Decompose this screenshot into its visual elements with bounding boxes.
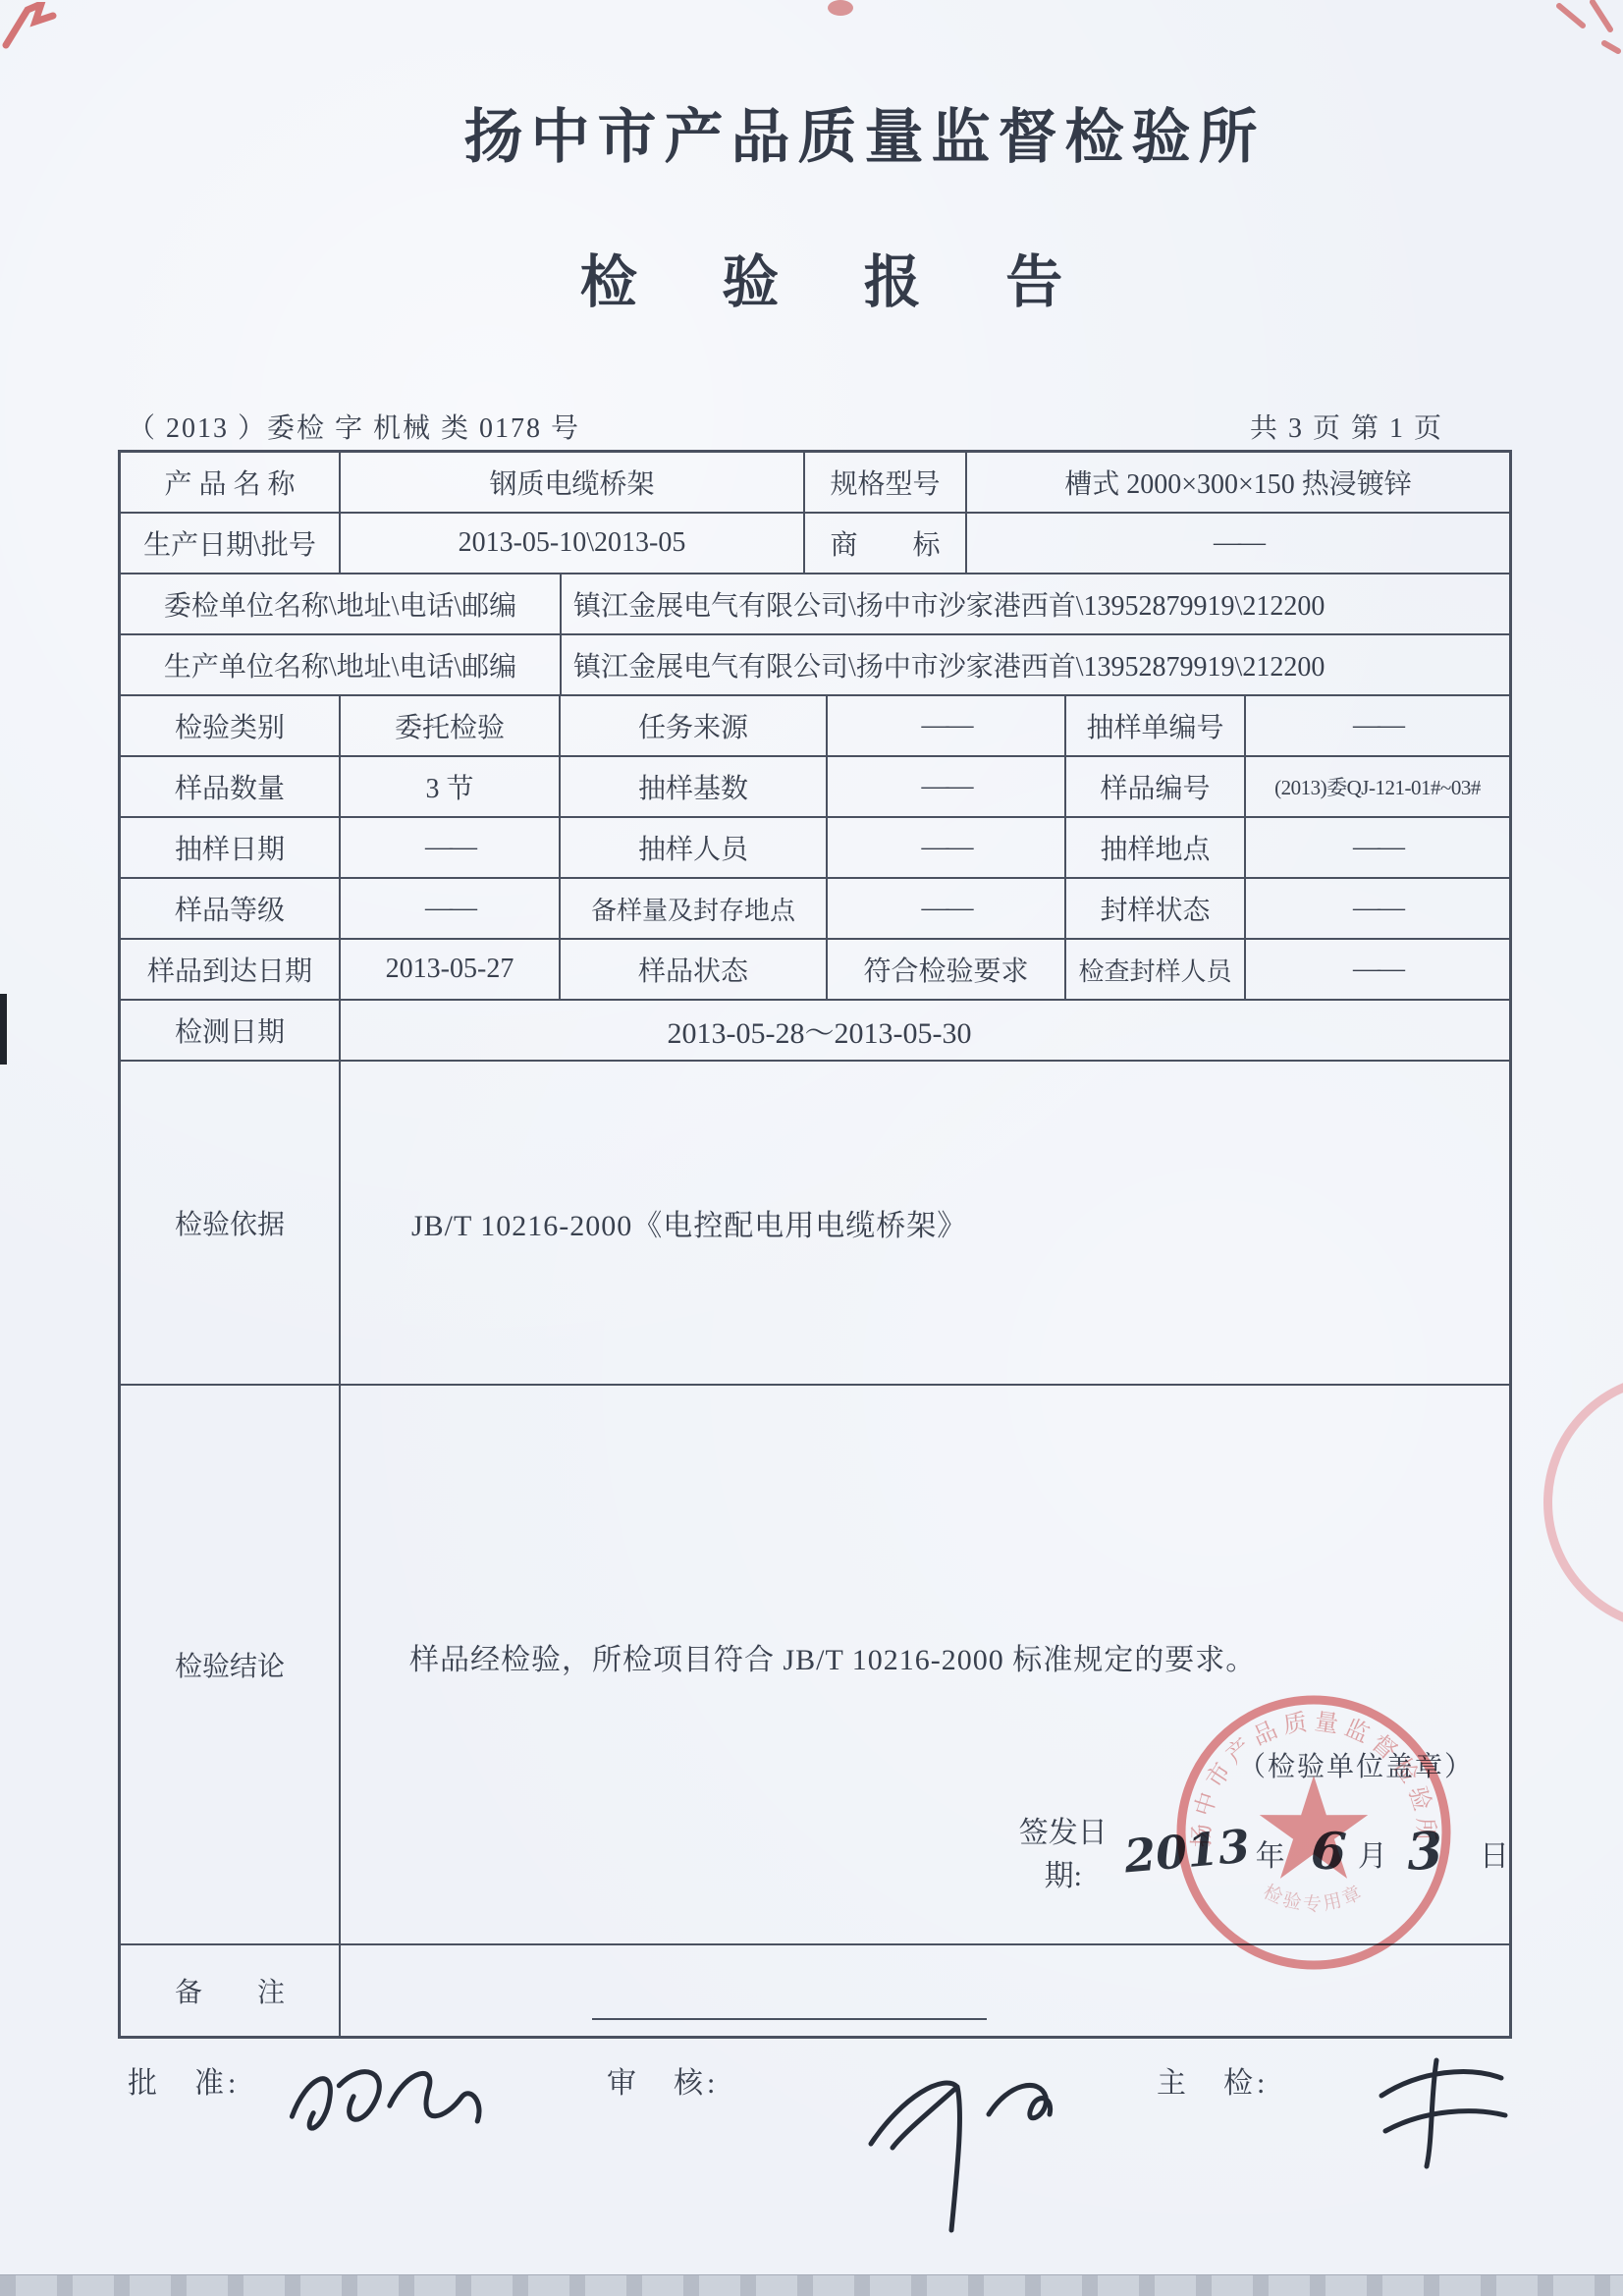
table-row-basis: 检验依据 JB/T 10216-2000《电控配电用电缆桥架》 bbox=[121, 1060, 1509, 1384]
client-unit-value: 镇江金展电气有限公司\扬中市沙家港西首\13952879919\212200 bbox=[560, 574, 1509, 633]
sampling-place-value: —— bbox=[1244, 818, 1509, 877]
partial-seal-stamp bbox=[1543, 1373, 1623, 1632]
sampling-sheet-no-value: —— bbox=[1244, 696, 1509, 755]
conclusion-text: 样品经检验，所检项目符合 JB/T 10216-2000 标准规定的要求。 bbox=[409, 1635, 1256, 1678]
review-signature bbox=[859, 2053, 1114, 2245]
producer-unit-value: 镇江金展电气有限公司\扬中市沙家港西首\13952879919\212200 bbox=[560, 635, 1509, 694]
conclusion-label: 检验结论 bbox=[121, 1386, 339, 1943]
inspect-label: 主 检: bbox=[1157, 2058, 1269, 2102]
meta-row: （ 2013 ）委检 字 机械 类 0178 号 共 3 页 第 1 页 bbox=[128, 407, 1443, 446]
trademark-label: 商 标 bbox=[803, 514, 965, 573]
approve-signature bbox=[276, 2041, 510, 2174]
arrival-date-label: 样品到达日期 bbox=[121, 940, 339, 999]
table-row-batch: 生产日期\批号 2013-05-10\2013-05 商 标 —— bbox=[121, 512, 1509, 573]
task-source-value: —— bbox=[826, 696, 1064, 755]
approve-label: 批 准: bbox=[128, 2058, 240, 2102]
seal-bottom-text: 检验专用章 bbox=[1260, 1881, 1367, 1915]
report-number: （ 2013 ）委检 字 机械 类 0178 号 bbox=[128, 407, 580, 446]
sample-grade-value: —— bbox=[339, 879, 559, 938]
official-seal-stamp: 扬中市产品质量监督检验所 检验专用章 bbox=[1166, 1685, 1461, 1980]
scan-artifact-left-edge bbox=[0, 994, 7, 1065]
sample-status-value: 符合检验要求 bbox=[826, 940, 1064, 999]
sample-grade-label: 样品等级 bbox=[121, 879, 339, 938]
trademark-value: —— bbox=[965, 514, 1509, 573]
sampling-base-value: —— bbox=[826, 757, 1064, 816]
scan-artifact-top-right bbox=[1553, 0, 1622, 59]
sampling-date-label: 抽样日期 bbox=[121, 818, 339, 877]
sampling-date-value: —— bbox=[339, 818, 559, 877]
svg-text:检验专用章: 检验专用章 bbox=[1260, 1881, 1367, 1915]
seal-status-label: 封样状态 bbox=[1064, 879, 1244, 938]
sampling-person-value: —— bbox=[826, 818, 1064, 877]
table-row-producer-unit: 生产单位名称\地址\电话\邮编 镇江金展电气有限公司\扬中市沙家港西首\1395… bbox=[121, 633, 1509, 694]
chief-inspector-signature bbox=[1360, 2049, 1527, 2186]
seal-status-value: —— bbox=[1244, 879, 1509, 938]
table-row-sampling-date: 抽样日期 —— 抽样人员 —— 抽样地点 —— bbox=[121, 816, 1509, 877]
remark-label: 备 注 bbox=[121, 1945, 339, 2036]
scan-edge-strip bbox=[0, 2274, 1623, 2296]
sampling-place-label: 抽样地点 bbox=[1064, 818, 1244, 877]
batch-label: 生产日期\批号 bbox=[121, 514, 339, 573]
issue-day-unit: 日 bbox=[1480, 1831, 1509, 1875]
sampling-base-label: 抽样基数 bbox=[559, 757, 826, 816]
seal-check-person-label: 检查封样人员 bbox=[1064, 940, 1244, 999]
review-label: 审 核: bbox=[607, 2058, 719, 2102]
batch-value: 2013-05-10\2013-05 bbox=[339, 514, 803, 573]
test-date-value: 2013-05-28～2013-05-30 bbox=[339, 1001, 1509, 1060]
sample-status-label: 样品状态 bbox=[559, 940, 826, 999]
reserve-sample-label: 备样量及封存地点 bbox=[559, 879, 826, 938]
reserve-sample-value: —— bbox=[826, 879, 1064, 938]
sampling-person-label: 抽样人员 bbox=[559, 818, 826, 877]
spec-value: 槽式 2000×300×150 热浸镀锌 bbox=[965, 453, 1509, 512]
spec-label: 规格型号 bbox=[803, 453, 965, 512]
basis-value: JB/T 10216-2000《电控配电用电缆桥架》 bbox=[339, 1062, 1509, 1384]
table-row-quantity: 样品数量 3 节 抽样基数 —— 样品编号 (2013)委QJ-121-01#~… bbox=[121, 755, 1509, 816]
basis-label: 检验依据 bbox=[121, 1062, 339, 1384]
sample-quantity-label: 样品数量 bbox=[121, 757, 339, 816]
product-name-value: 钢质电缆桥架 bbox=[339, 453, 803, 512]
sample-quantity-value: 3 节 bbox=[339, 757, 559, 816]
scan-artifact-top-middle bbox=[828, 0, 853, 16]
arrival-date-value: 2013-05-27 bbox=[339, 940, 559, 999]
sample-no-value: (2013)委QJ-121-01#~03# bbox=[1244, 757, 1509, 816]
product-name-label: 产 品 名 称 bbox=[121, 453, 339, 512]
inspection-category-value: 委托检验 bbox=[339, 696, 559, 755]
producer-unit-label: 生产单位名称\地址\电话\邮编 bbox=[121, 635, 560, 694]
task-source-label: 任务来源 bbox=[559, 696, 826, 755]
seal-check-person-value: —— bbox=[1244, 940, 1509, 999]
test-date-label: 检测日期 bbox=[121, 1001, 339, 1060]
org-title: 扬中市产品质量监督检验所 bbox=[53, 90, 1623, 175]
sampling-sheet-no-label: 抽样单编号 bbox=[1064, 696, 1244, 755]
table-row-arrival: 样品到达日期 2013-05-27 样品状态 符合检验要求 检查封样人员 —— bbox=[121, 938, 1509, 999]
seal-star-icon bbox=[1260, 1776, 1368, 1879]
table-row-category: 检验类别 委托检验 任务来源 —— 抽样单编号 —— bbox=[121, 694, 1509, 755]
client-unit-label: 委检单位名称\地址\电话\邮编 bbox=[121, 574, 560, 633]
table-row-product: 产 品 名 称 钢质电缆桥架 规格型号 槽式 2000×300×150 热浸镀锌 bbox=[121, 453, 1509, 512]
scanned-report-page: 扬中市产品质量监督检验所 检 验 报 告 （ 2013 ）委检 字 机械 类 0… bbox=[0, 0, 1623, 2296]
report-title: 检 验 报 告 bbox=[27, 236, 1623, 318]
issue-date-prefix: 签发日期: bbox=[1004, 1808, 1122, 1894]
sample-no-label: 样品编号 bbox=[1064, 757, 1244, 816]
table-row-client-unit: 委检单位名称\地址\电话\邮编 镇江金展电气有限公司\扬中市沙家港西首\1395… bbox=[121, 573, 1509, 633]
signature-row: 批 准: 审 核: 主 检: bbox=[118, 2049, 1512, 2255]
inspection-category-label: 检验类别 bbox=[121, 696, 339, 755]
page-indicator: 共 3 页 第 1 页 bbox=[1250, 407, 1443, 446]
remark-underline bbox=[592, 2018, 987, 2020]
table-row-test-date: 检测日期 2013-05-28～2013-05-30 bbox=[121, 999, 1509, 1060]
scan-artifact-top-left bbox=[2, 2, 61, 51]
table-row-grade: 样品等级 —— 备样量及封存地点 —— 封样状态 —— bbox=[121, 877, 1509, 938]
